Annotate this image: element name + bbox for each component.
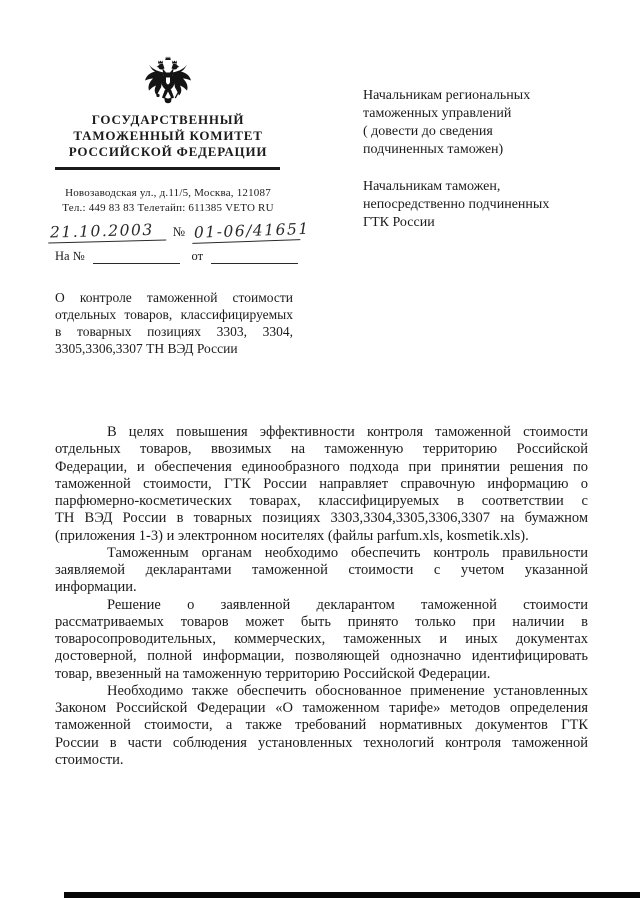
subject-block: О контроле таможенной стоимости отдельны… [55, 289, 293, 357]
recipient-group-1: Начальникам региональных таможенных упра… [363, 87, 578, 159]
org-line: ТАМОЖЕННЫЙ КОМИТЕТ [40, 128, 296, 144]
body-line: заявляемой декларантами таможенной стоим… [55, 562, 588, 579]
body-line: рассматриваемых товаров может быть приня… [55, 614, 588, 631]
subject-line: в товарных позициях 3303, 3304, [55, 323, 293, 340]
body-line: Необходимо также обеспечить обоснованное… [55, 683, 588, 700]
paragraph-1: В целях повышения эффективности контроля… [55, 424, 588, 545]
ref-date-blank [211, 249, 298, 264]
body-line: ТН ВЭД России в товарных позициях 3303,3… [55, 510, 588, 527]
recipient-line: таможенных управлений [363, 105, 578, 123]
body-line: (приложения 1-3) и электронном носителях… [55, 528, 588, 545]
body-line: Законом Российской Федерации «О таможенн… [55, 700, 588, 717]
number-sign: № [173, 224, 185, 242]
recipient-line: Начальникам региональных [363, 87, 578, 105]
letterhead-divider [55, 167, 280, 170]
organization-name: ГОСУДАРСТВЕННЫЙ ТАМОЖЕННЫЙ КОМИТЕТ РОССИ… [40, 112, 296, 160]
scanned-letter-page: ГОСУДАРСТВЕННЫЙ ТАМОЖЕННЫЙ КОМИТЕТ РОССИ… [0, 0, 640, 900]
handwritten-date: 21.10.2003 [48, 220, 166, 243]
body-line: товар, ввезенный на таможенную территори… [55, 666, 588, 683]
body-line: России в части соблюдения установленных … [55, 735, 588, 752]
body-line: Федерации, и обеспечения единообразного … [55, 459, 588, 476]
address-block: Новозаводская ул., д.11/5, Москва, 12108… [30, 186, 306, 216]
letter-body: В целях повышения эффективности контроля… [55, 424, 588, 769]
russia-coat-of-arms-icon [143, 55, 193, 108]
body-line: товаросопроводительных, коммерческих, та… [55, 631, 588, 648]
body-line: таможенной стоимости, ГТК России направл… [55, 476, 588, 493]
subject-line: отдельных товаров, классифицируемых [55, 306, 293, 323]
subject-line: 3305,3306,3307 ТН ВЭД России [55, 340, 293, 357]
body-line: Таможенным органам необходимо обеспечить… [55, 545, 588, 562]
recipient-line: Начальникам таможен, [363, 178, 578, 196]
org-line: РОССИЙСКОЙ ФЕДЕРАЦИИ [40, 144, 296, 160]
paragraph-2: Таможенным органам необходимо обеспечить… [55, 545, 588, 597]
ref-number-blank [93, 249, 180, 264]
phone-line: Тел.: 449 83 83 Телетайп: 611385 VETO RU [30, 201, 306, 216]
recipient-line: непосредственно подчиненных [363, 196, 578, 214]
recipient-line: ГТК России [363, 214, 578, 232]
body-line: отдельных товаров, ввозимых на таможенну… [55, 441, 588, 458]
subject-line: О контроле таможенной стоимости [55, 289, 293, 306]
body-line: парфюмерно-косметических товарах, класси… [55, 493, 588, 510]
recipient-line: подчиненных таможен) [363, 141, 578, 159]
reference-row: На № от [55, 247, 298, 264]
handwritten-number: 01-06/41651 [192, 220, 301, 244]
ref-number-label: На № [55, 249, 93, 264]
body-line: информации. [55, 579, 588, 596]
recipient-line: ( довести до сведения [363, 123, 578, 141]
paragraph-4: Необходимо также обеспечить обоснованное… [55, 683, 588, 769]
date-number-row: 21.10.2003 № 01-06/41651 [48, 218, 300, 242]
ref-date-label: от [180, 249, 212, 264]
scan-artifact-bar [64, 892, 640, 898]
org-line: ГОСУДАРСТВЕННЫЙ [40, 112, 296, 128]
body-line: стоимости. [55, 752, 588, 769]
body-line: таможенной стоимости, а также требований… [55, 717, 588, 734]
body-line: Решение о заявленной декларантом таможен… [55, 597, 588, 614]
paragraph-3: Решение о заявленной декларантом таможен… [55, 597, 588, 683]
recipients-block: Начальникам региональных таможенных упра… [363, 87, 578, 232]
body-line: достоверной, полной информации, позволяю… [55, 648, 588, 665]
address-line: Новозаводская ул., д.11/5, Москва, 12108… [30, 186, 306, 201]
recipient-group-2: Начальникам таможен, непосредственно под… [363, 178, 578, 232]
body-line: В целях повышения эффективности контроля… [55, 424, 588, 441]
